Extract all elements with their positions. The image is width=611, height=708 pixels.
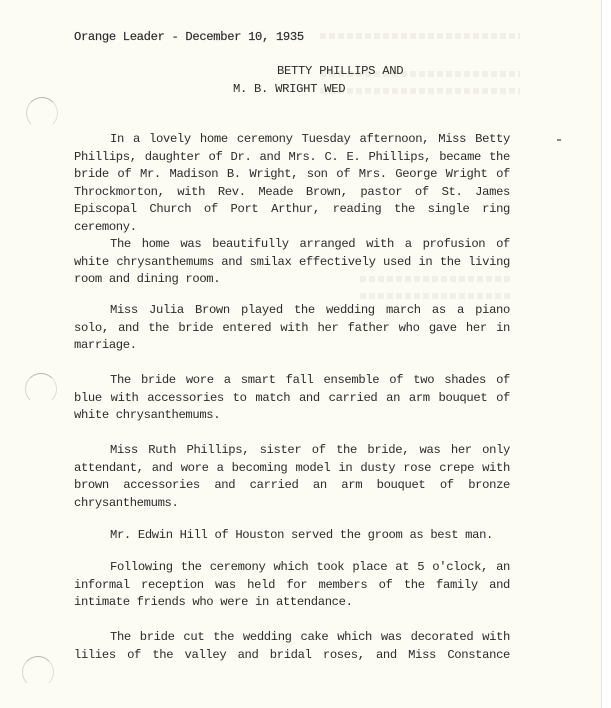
punch-hole-mark: [26, 97, 58, 129]
paragraph-attendant: Miss Ruth Phillips, sister of the bride,…: [74, 442, 510, 512]
paragraph-decorations: The home was beautifully arranged with a…: [74, 236, 510, 289]
punch-hole-mark: [25, 373, 57, 405]
paragraph-reception: Following the ceremony which took place …: [74, 559, 510, 612]
bleed-through-mark: [360, 293, 510, 299]
punch-hole-mark: [22, 656, 54, 688]
headline-line-2: M. B. WRIGHT WED: [233, 82, 345, 96]
paragraph-bride-attire: The bride wore a smart fall ensemble of …: [74, 372, 510, 425]
paragraph-best-man: Mr. Edwin Hill of Houston served the gro…: [74, 527, 510, 545]
headline-line-1: BETTY PHILLIPS AND: [277, 64, 403, 78]
speck-mark: [557, 139, 561, 141]
paragraph-cake: The bride cut the wedding cake which was…: [74, 629, 510, 664]
paragraph-ceremony: In a lovely home ceremony Tuesday aftern…: [74, 131, 510, 236]
paragraph-music: Miss Julia Brown played the wedding marc…: [74, 302, 510, 355]
bleed-through-mark: [320, 88, 520, 94]
source-line: Orange Leader - December 10, 1935: [74, 30, 510, 44]
scan-margin: [602, 0, 611, 708]
